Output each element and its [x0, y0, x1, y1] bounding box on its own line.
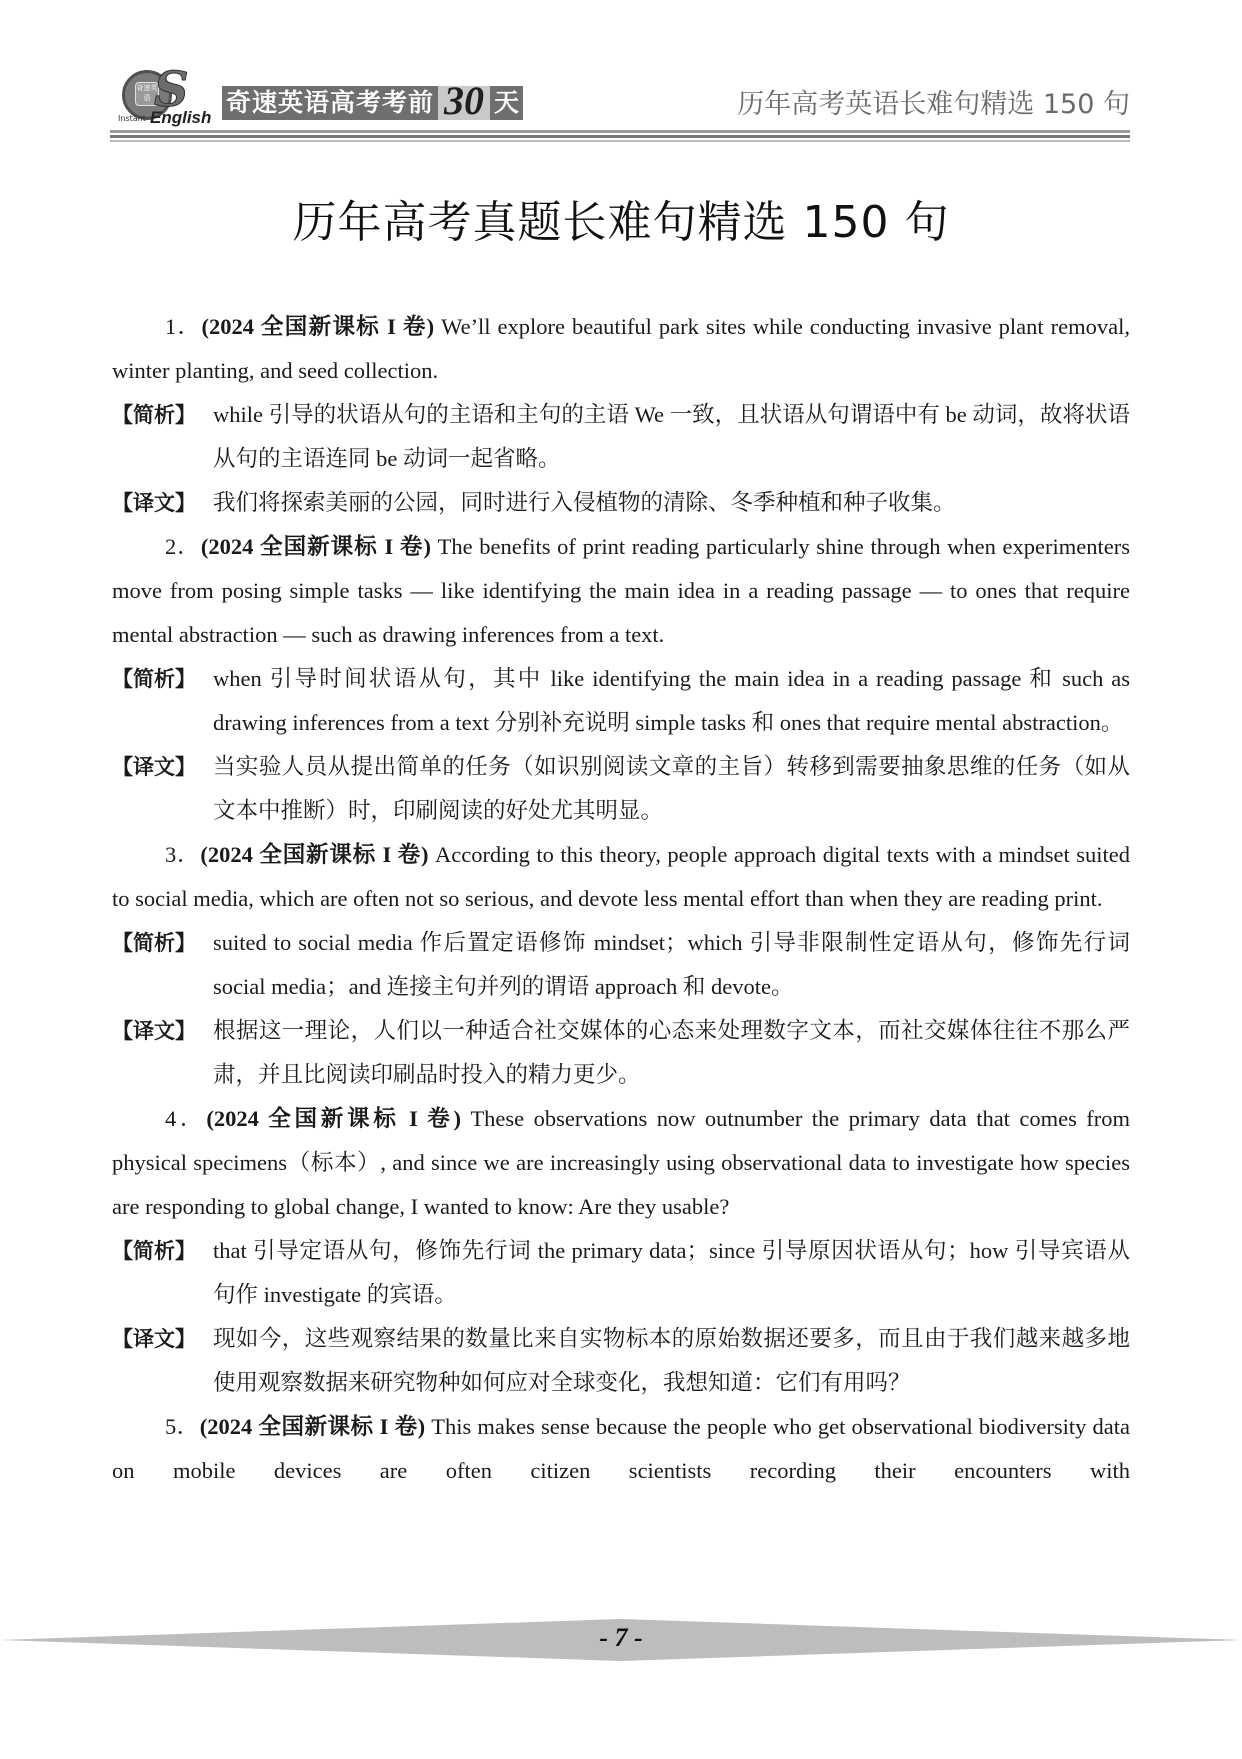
item-source: (2024 全国新课标 I 卷) — [200, 842, 428, 867]
translation-label: 【译文】 — [112, 1009, 196, 1053]
sentence-list: 1．(2024 全国新课标 I 卷) We’ll explore beautif… — [112, 305, 1130, 1493]
analysis-label: 【简析】 — [112, 393, 196, 437]
header-divider — [110, 130, 1130, 142]
sentence-paragraph: 5．(2024 全国新课标 I 卷) This makes sense beca… — [112, 1405, 1130, 1493]
item-source: (2024 全国新课标 I 卷) — [201, 534, 431, 559]
banner-suffix: 天 — [490, 86, 523, 120]
item-number: 2． — [165, 534, 201, 559]
translation-label: 【译文】 — [112, 1317, 196, 1361]
item-source: (2024 全国新课标 I 卷) — [201, 314, 434, 339]
item-number: 3． — [165, 842, 200, 867]
analysis-text: when 引导时间状语从句，其中 like identifying the ma… — [213, 666, 1130, 735]
instant-english-logo: 奇速英语 S Instant English — [110, 64, 220, 126]
translation-label: 【译文】 — [112, 745, 196, 789]
page-number: - 7 - — [0, 1623, 1242, 1653]
item-source: (2024 全国新课标 I 卷) — [206, 1106, 461, 1131]
item-source: (2024 全国新课标 I 卷) — [200, 1414, 425, 1439]
translation-block: 【译文】现如今，这些观察结果的数量比来自实物标本的原始数据还要多，而且由于我们越… — [112, 1317, 1130, 1405]
analysis-text: that 引导定语从句，修饰先行词 the primary data；since… — [213, 1238, 1130, 1307]
sentence-item: 3．(2024 全国新课标 I 卷) According to this the… — [112, 833, 1130, 1097]
sentence-paragraph: 4．(2024 全国新课标 I 卷) These observations no… — [112, 1097, 1130, 1229]
logo-instant-text: Instant — [118, 114, 146, 123]
sentence-paragraph: 3．(2024 全国新课标 I 卷) According to this the… — [112, 833, 1130, 921]
banner-main-text: 奇速英语高考考前 — [222, 86, 438, 120]
translation-text: 我们将探索美丽的公园，同时进行入侵植物的清除、冬季种植和种子收集。 — [213, 490, 956, 515]
item-number: 1． — [165, 314, 201, 339]
page-title: 历年高考真题长难句精选 150 句 — [0, 186, 1242, 250]
translation-block: 【译文】当实验人员从提出简单的任务（如识别阅读文章的主旨）转移到需要抽象思维的任… — [112, 745, 1130, 833]
translation-text: 当实验人员从提出简单的任务（如识别阅读文章的主旨）转移到需要抽象思维的任务（如从… — [213, 754, 1130, 823]
analysis-block: 【简析】that 引导定语从句，修饰先行词 the primary data；s… — [112, 1229, 1130, 1317]
sentence-item: 1．(2024 全国新课标 I 卷) We’ll explore beautif… — [112, 305, 1130, 525]
banner-number: 30 — [438, 86, 490, 120]
analysis-block: 【简析】suited to social media 作后置定语修饰 minds… — [112, 921, 1130, 1009]
sentence-item: 4．(2024 全国新课标 I 卷) These observations no… — [112, 1097, 1130, 1405]
item-number: 5． — [165, 1414, 200, 1439]
analysis-label: 【简析】 — [112, 657, 196, 701]
page-footer: - 7 - — [0, 1615, 1242, 1665]
analysis-text: while 引导的状语从句的主语和主句的主语 We 一致，且状语从句谓语中有 b… — [213, 402, 1130, 471]
translation-text: 现如今，这些观察结果的数量比来自实物标本的原始数据还要多，而且由于我们越来越多地… — [213, 1326, 1130, 1395]
sentence-item: 5．(2024 全国新课标 I 卷) This makes sense beca… — [112, 1405, 1130, 1493]
logo-english-text: English — [150, 108, 211, 128]
analysis-text: suited to social media 作后置定语修饰 mindset；w… — [213, 930, 1130, 999]
translation-text: 根据这一理论，人们以一种适合社交媒体的心态来处理数字文本，而社交媒体往往不那么严… — [213, 1018, 1130, 1087]
analysis-block: 【简析】while 引导的状语从句的主语和主句的主语 We 一致，且状语从句谓语… — [112, 393, 1130, 481]
sentence-item: 2．(2024 全国新课标 I 卷) The benefits of print… — [112, 525, 1130, 833]
running-title: 历年高考英语长难句精选 150 句 — [737, 82, 1130, 121]
item-number: 4． — [165, 1106, 206, 1131]
analysis-label: 【简析】 — [112, 921, 196, 965]
sentence-paragraph: 2．(2024 全国新课标 I 卷) The benefits of print… — [112, 525, 1130, 657]
page-header: 奇速英语 S Instant English 奇速英语高考考前 30 天 历年高… — [110, 64, 1130, 144]
analysis-label: 【简析】 — [112, 1229, 196, 1273]
sentence-paragraph: 1．(2024 全国新课标 I 卷) We’ll explore beautif… — [112, 305, 1130, 393]
translation-block: 【译文】根据这一理论，人们以一种适合社交媒体的心态来处理数字文本，而社交媒体往往… — [112, 1009, 1130, 1097]
translation-label: 【译文】 — [112, 481, 196, 525]
series-banner: 奇速英语高考考前 30 天 — [222, 86, 523, 120]
translation-block: 【译文】我们将探索美丽的公园，同时进行入侵植物的清除、冬季种植和种子收集。 — [112, 481, 1130, 525]
analysis-block: 【简析】when 引导时间状语从句，其中 like identifying th… — [112, 657, 1130, 745]
